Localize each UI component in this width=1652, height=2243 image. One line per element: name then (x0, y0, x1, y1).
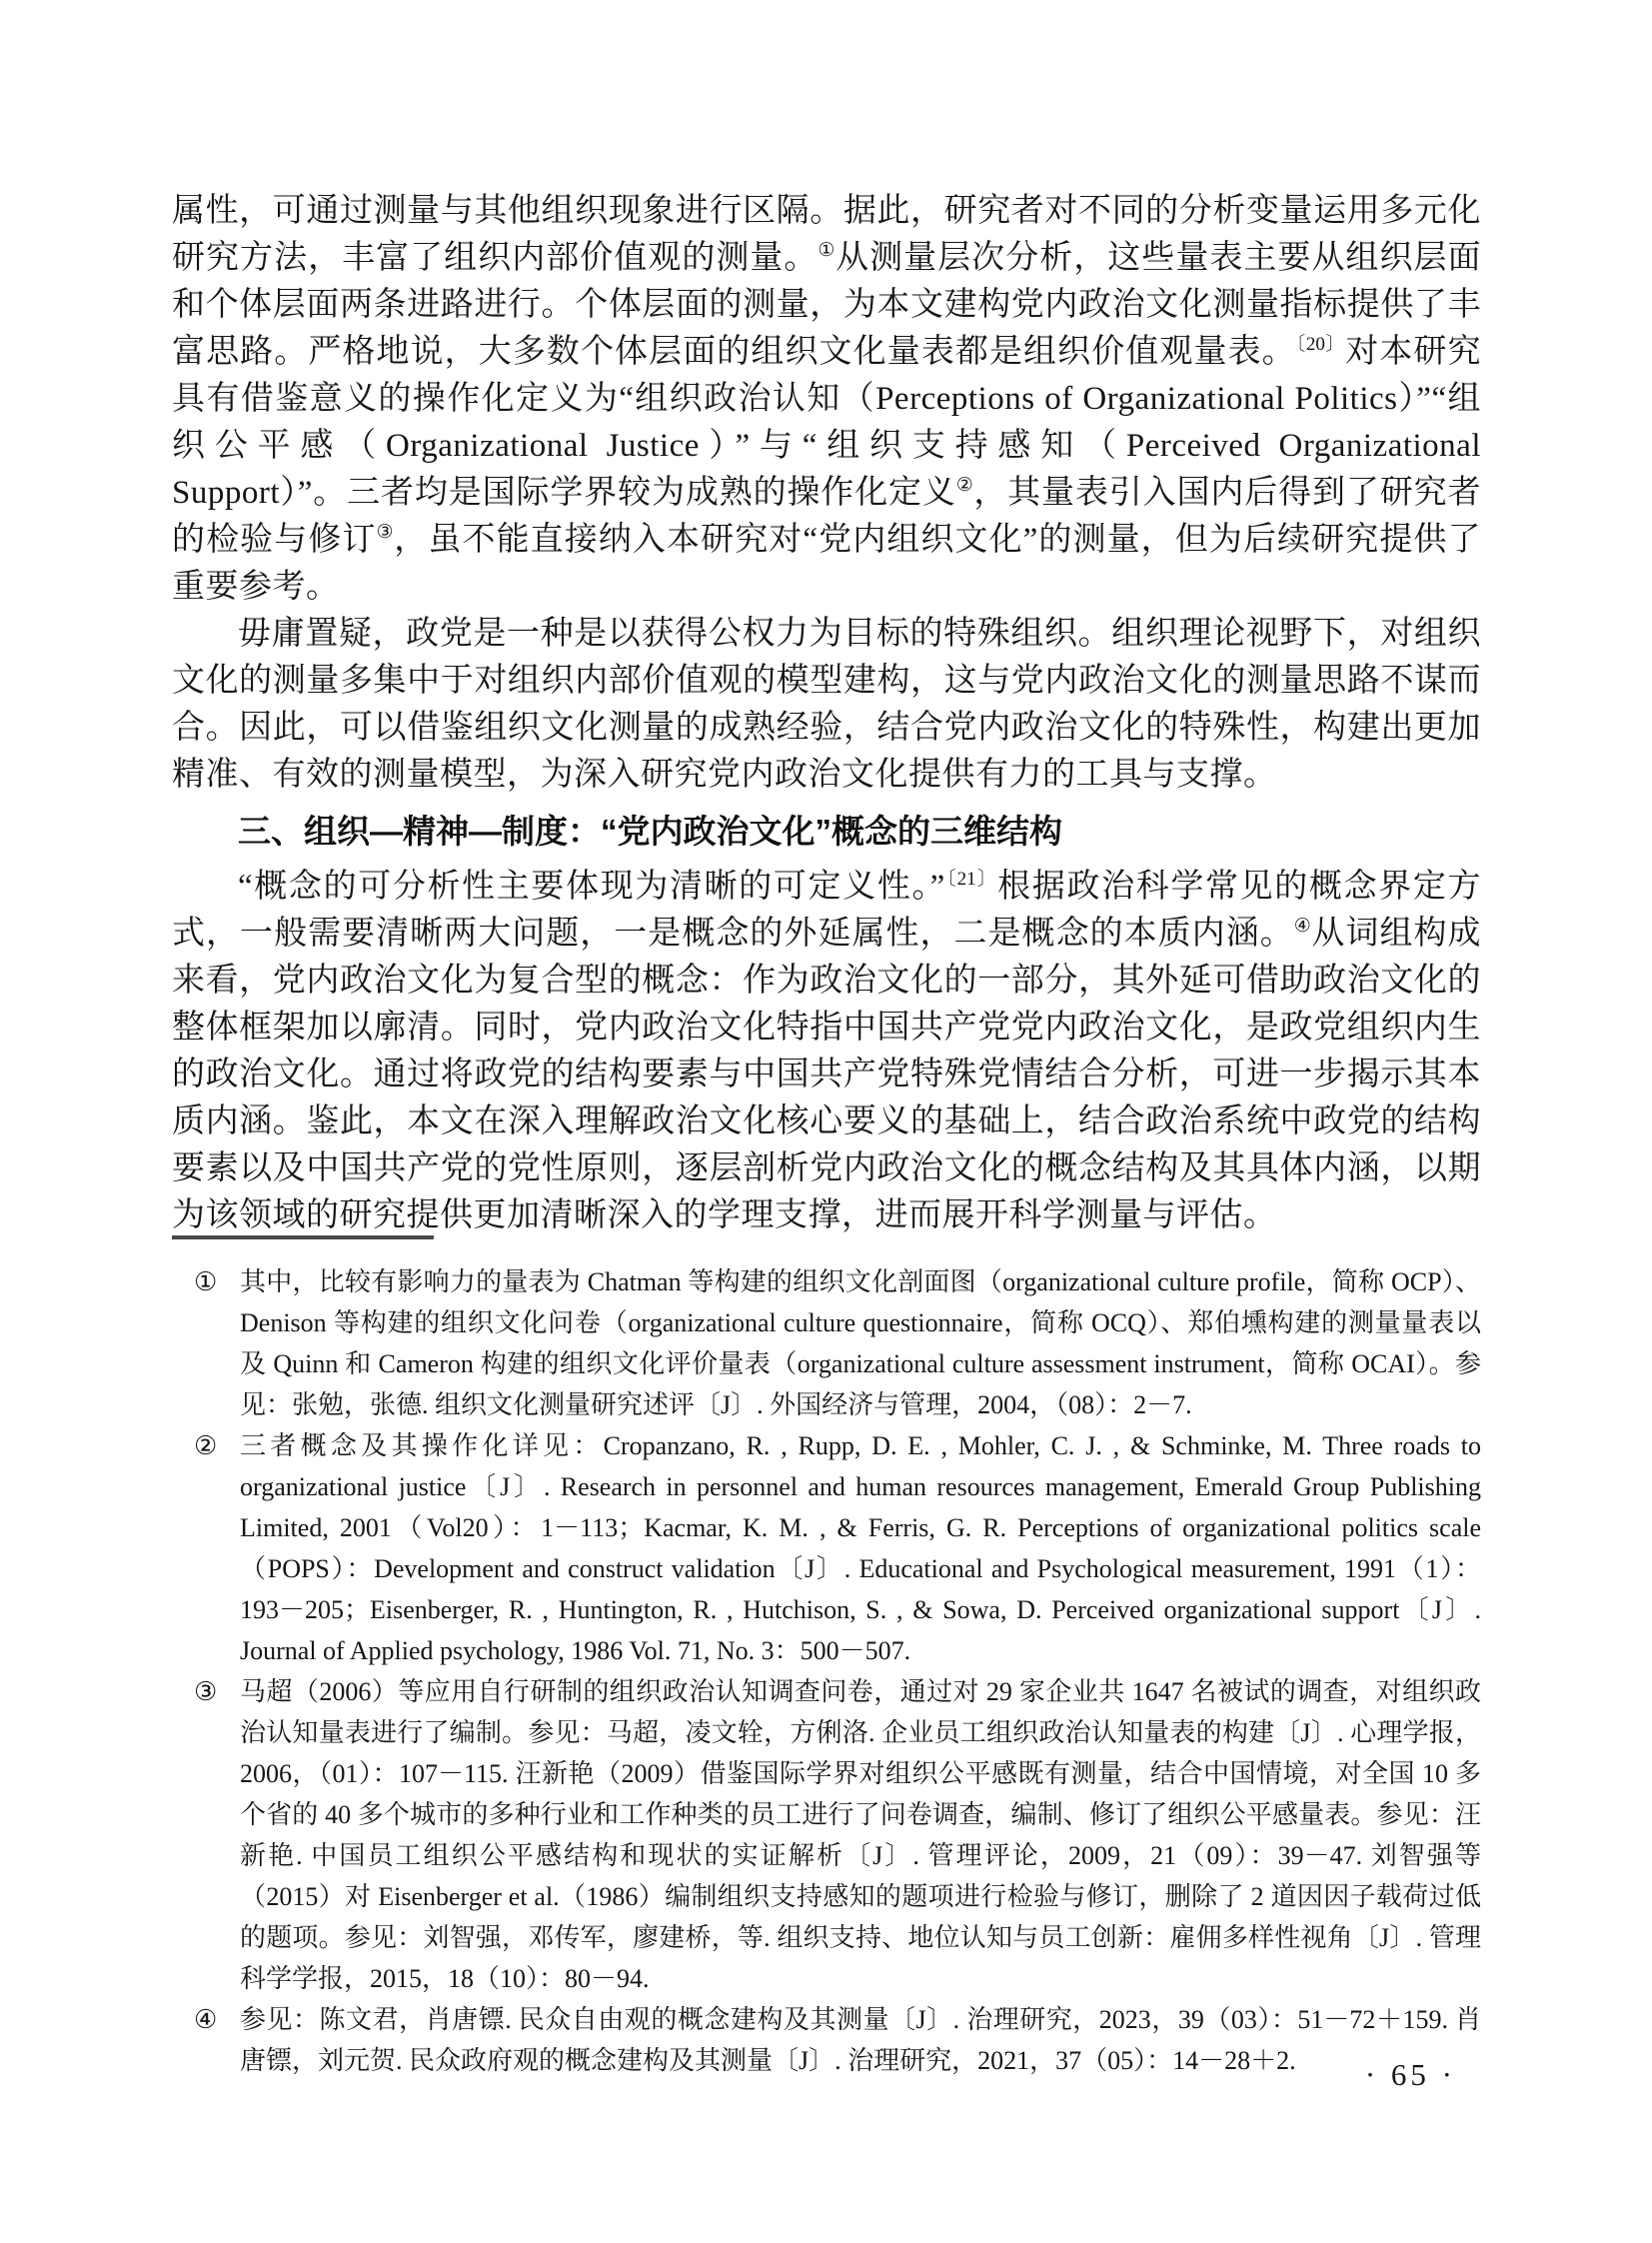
body-text-run: 从词组构成来看，党内政治文化为复合型的概念：作为政治文化的一部分，其外延可借助政… (172, 916, 1481, 1233)
body-text-run: “概念的可分析性主要体现为清晰的可定义性。” (238, 869, 945, 905)
footnote-item: ③ 马超（2006）等应用自行研制的组织政治认知调查问卷，通过对 29 家企业共… (194, 1671, 1481, 1999)
footnote-text: 参见：陈文君，肖唐镖. 民众自由观的概念建构及其测量〔J〕. 治理研究，2023… (240, 2005, 1481, 2075)
footnote-marker: ④ (194, 1999, 240, 2040)
footnote-marker: ① (194, 1261, 240, 1302)
footnote-list: ① 其中，比较有影响力的量表为 Chatman 等构建的组织文化剖面图（orga… (172, 1261, 1481, 2081)
footnote-item: ④ 参见：陈文君，肖唐镖. 民众自由观的概念建构及其测量〔J〕. 治理研究，20… (194, 1999, 1481, 2081)
article-body: 属性，可通过测量与其他组织现象进行区隔。据此，研究者对不同的分析变量运用多元化研… (172, 188, 1481, 1239)
footnote-item: ② 三者概念及其操作化详见：Cropanzano, R. , Rupp, D. … (194, 1425, 1481, 1671)
footnote-divider (172, 1235, 434, 1239)
footnote-text: 其中，比较有影响力的量表为 Chatman 等构建的组织文化剖面图（organi… (240, 1267, 1481, 1419)
paragraph-concept-structure: “概念的可分析性主要体现为清晰的可定义性。”〔21〕根据政治科学常见的概念界定方… (172, 864, 1481, 1239)
footnote-ref-superscript: ② (956, 475, 974, 496)
footnote-ref-superscript: ④ (1294, 916, 1312, 937)
footnotes-section: ① 其中，比较有影响力的量表为 Chatman 等构建的组织文化剖面图（orga… (172, 1235, 1481, 2081)
body-text-run: 毋庸置疑，政党是一种是以获得公权力为目标的特殊组织。组织理论视野下，对组织文化的… (172, 616, 1481, 793)
footnote-ref-superscript: ③ (377, 522, 395, 543)
footnote-marker: ② (194, 1425, 240, 1466)
footnote-ref-superscript: 〔21〕 (945, 869, 997, 890)
footnote-text: 马超（2006）等应用自行研制的组织政治认知调查问卷，通过对 29 家企业共 1… (240, 1677, 1481, 1993)
footnote-marker: ③ (194, 1671, 240, 1712)
section-heading: 三、组织—精神—制度：“党内政治文化”概念的三维结构 (172, 808, 1481, 855)
document-page: 属性，可通过测量与其他组织现象进行区隔。据此，研究者对不同的分析变量运用多元化研… (0, 0, 1652, 2243)
footnote-text: 三者概念及其操作化详见：Cropanzano, R. , Rupp, D. E.… (240, 1431, 1481, 1665)
page-number: · 65 · (1365, 2057, 1456, 2093)
footnote-ref-superscript: ① (818, 240, 835, 261)
footnote-ref-superscript: 〔20〕 (1296, 334, 1346, 355)
paragraph-continuation: 属性，可通过测量与其他组织现象进行区隔。据此，研究者对不同的分析变量运用多元化研… (172, 188, 1481, 611)
footnote-item: ① 其中，比较有影响力的量表为 Chatman 等构建的组织文化剖面图（orga… (194, 1261, 1481, 1425)
paragraph-political-party: 毋庸置疑，政党是一种是以获得公权力为目标的特殊组织。组织理论视野下，对组织文化的… (172, 611, 1481, 799)
